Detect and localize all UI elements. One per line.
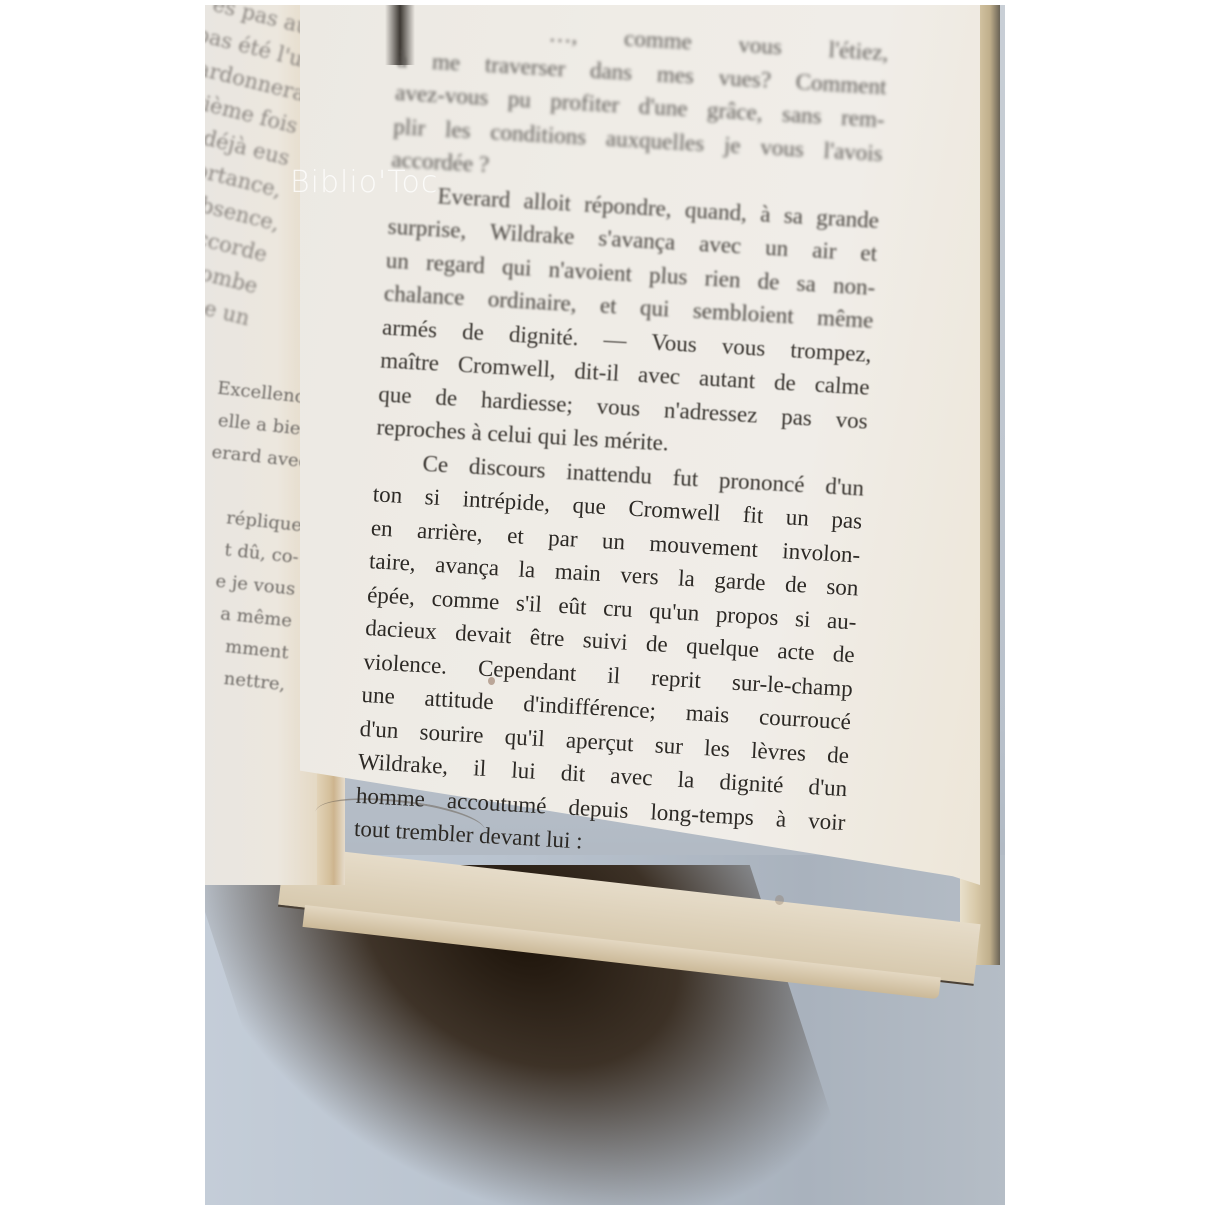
right-page-text: …, comme vous l'étiez, à me traverser da… bbox=[353, 9, 889, 873]
book-photograph: es pas aux n pas été l'us e pardonnera s… bbox=[205, 5, 1005, 1205]
foxing-spot bbox=[775, 895, 784, 905]
watermark-logo: Biblio'Toc bbox=[290, 165, 438, 200]
